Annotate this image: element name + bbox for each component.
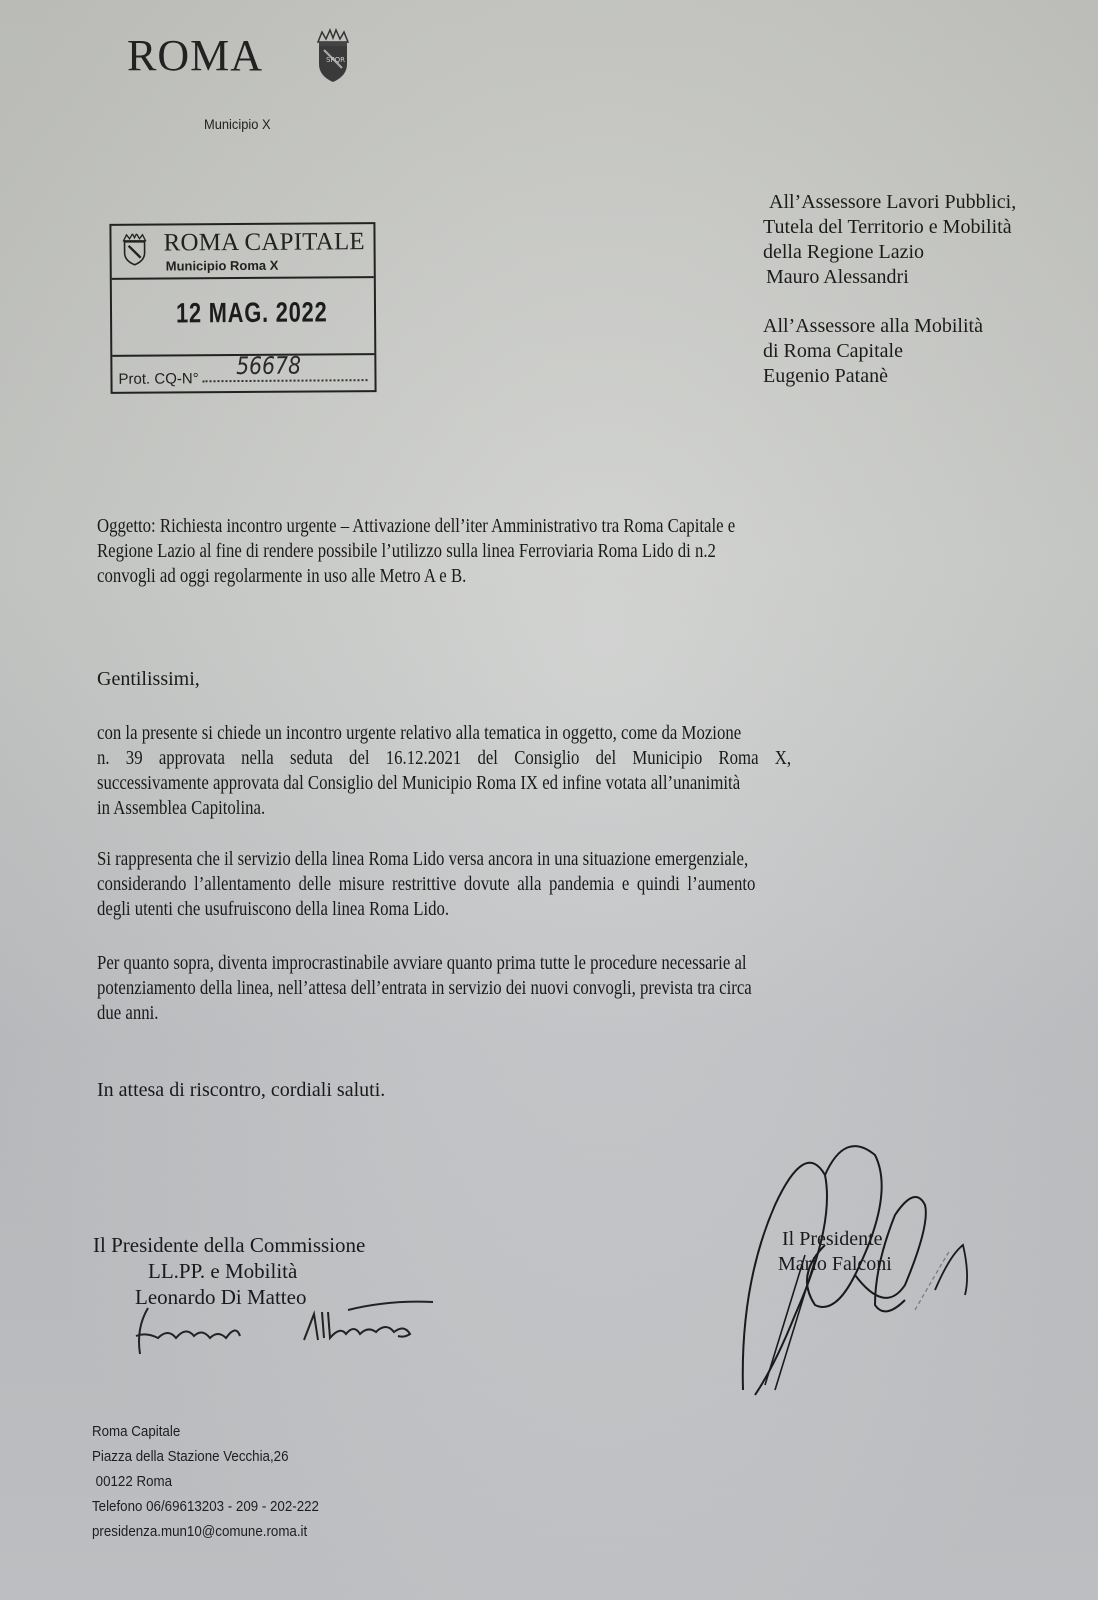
footer-city: 00122 Roma xyxy=(92,1470,319,1495)
footer-phone: Telefono 06/69613203 - 209 - 202-222 xyxy=(92,1495,319,1520)
signature-role: Il Presidente della Commissione xyxy=(93,1232,365,1258)
recipient-line: All’Assessore Lavori Pubblici, xyxy=(763,190,1016,215)
body-paragraph-2: Si rappresenta che il servizio della lin… xyxy=(97,847,1034,922)
paragraph-line: Per quanto sopra, diventa improcrastinab… xyxy=(97,951,1034,976)
signature-right: Il Presidente Mario Falconi xyxy=(778,1227,892,1277)
paragraph-line: con la presente si chiede un incontro ur… xyxy=(97,721,1034,746)
signature-name: Mario Falconi xyxy=(778,1252,892,1277)
protocol-stamp: ROMA CAPITALE Municipio Roma X 12 MAG. 2… xyxy=(109,222,376,394)
paragraph-line: potenziamento della linea, nell’attesa d… xyxy=(97,976,1034,1001)
recipient-line: della Regione Lazio xyxy=(763,240,1016,265)
recipients-block: All’Assessore Lavori Pubblici, Tutela de… xyxy=(763,190,1016,389)
signature-role: Il Presidente xyxy=(778,1227,892,1252)
recipient-1: All’Assessore Lavori Pubblici, Tutela de… xyxy=(763,190,1016,290)
stamp-protocol-label: Prot. CQ-N° xyxy=(118,370,198,388)
stamp-title: ROMA CAPITALE xyxy=(163,228,365,257)
subject-line: Regione Lazio al fine di rendere possibi… xyxy=(97,539,1034,564)
recipient-line: Eugenio Patanè xyxy=(763,364,1016,389)
letterhead-brand: ROMA xyxy=(127,30,263,81)
body-paragraph-3: Per quanto sopra, diventa improcrastinab… xyxy=(97,951,1034,1026)
paragraph-line: degli utenti che usufruiscono della line… xyxy=(97,897,1034,922)
stamp-date: 12 MAG. 2022 xyxy=(176,296,328,329)
paragraph-line: n. 39 approvata nella seduta del 16.12.2… xyxy=(97,746,1034,771)
letterhead-subunit: Municipio X xyxy=(204,116,271,132)
stamp-protocol-number: 56678 xyxy=(236,352,301,380)
paragraph-line: successivamente approvata dal Consiglio … xyxy=(97,771,1034,796)
recipient-line: Mauro Alessandri xyxy=(763,265,1016,290)
paragraph-line: considerando l’allentamento delle misure… xyxy=(97,872,1034,897)
subject-line: convogli ad oggi regolarmente in uso all… xyxy=(97,564,1034,589)
footer-address: Piazza della Stazione Vecchia,26 xyxy=(92,1445,319,1470)
paragraph-line: due anni. xyxy=(97,1001,1034,1026)
recipient-line: di Roma Capitale xyxy=(763,339,1016,364)
closing-line: In attesa di riscontro, cordiali saluti. xyxy=(97,1078,1032,1103)
subject-block: Oggetto: Richiesta incontro urgente – At… xyxy=(97,514,1034,589)
body-paragraph-1: con la presente si chiede un incontro ur… xyxy=(97,721,1034,821)
subject-line: Oggetto: Richiesta incontro urgente – At… xyxy=(97,514,1034,539)
signature-committee: LL.PP. e Mobilità xyxy=(93,1258,365,1284)
recipient-2: All’Assessore alla Mobilità di Roma Capi… xyxy=(763,314,1016,389)
paragraph-line: Si rappresenta che il servizio della lin… xyxy=(97,847,1034,872)
footer-email[interactable]: presidenza.mun10@comune.roma.it xyxy=(92,1520,319,1545)
rome-coat-of-arms-icon xyxy=(121,234,147,266)
rome-coat-of-arms-icon: SPQR xyxy=(314,28,352,84)
greeting: Gentilissimi, xyxy=(97,667,1032,692)
handwritten-signature-icon xyxy=(128,1288,438,1358)
recipient-line: Tutela del Territorio e Mobilità xyxy=(763,215,1016,240)
svg-text:SPQR: SPQR xyxy=(326,56,345,64)
footer-organization: Roma Capitale xyxy=(92,1420,319,1445)
paragraph-line: in Assemblea Capitolina. xyxy=(97,796,1034,821)
recipient-line: All’Assessore alla Mobilità xyxy=(763,314,1016,339)
stamp-subtitle: Municipio Roma X xyxy=(166,258,279,274)
footer-contacts: Roma Capitale Piazza della Stazione Vecc… xyxy=(92,1420,319,1545)
